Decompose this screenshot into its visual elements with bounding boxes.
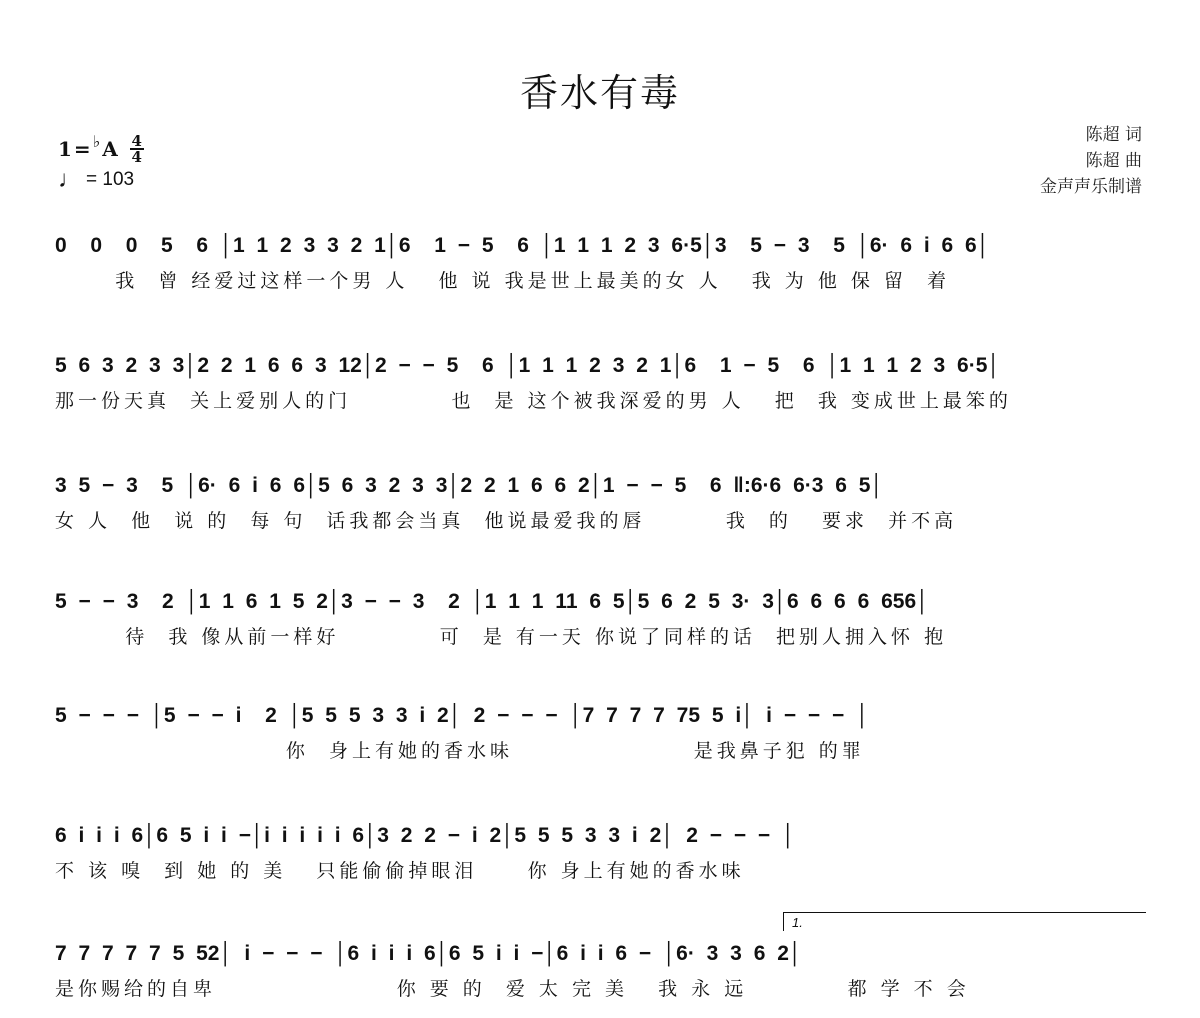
- time-top: 4: [132, 134, 142, 148]
- score-line-7: 7 7 7 7 7 5 52│ i − − − │6 i i i 6│6 5 i…: [55, 926, 1145, 1018]
- flat-icon: ♭: [93, 132, 101, 151]
- lyrics-line-2: 那一份天真 关上爱别人的门 也 是 这个被我深爱的男 人 把 我 变成世上最笨的: [55, 386, 1145, 413]
- notes-line-3: 3 5 − 3 5 │6· 6 i 6 6│5 6 3 2 3 3│2 2 1 …: [55, 474, 884, 498]
- score-line-4: 5 − − 3 2 │1 1 6 1 5 2│3 − − 3 2 │1 1 1 …: [55, 574, 1145, 674]
- lyricist: 陈超 词: [1040, 122, 1142, 148]
- score-line-3: 3 5 − 3 5 │6· 6 i 6 6│5 6 3 2 3 3│2 2 1 …: [55, 458, 1145, 558]
- credits: 陈超 词 陈超 曲 金声声乐制谱: [1040, 122, 1142, 200]
- key-signature: 1 = ♭ A 4 4: [58, 134, 144, 164]
- lyrics-line-3: 女 人 他 说 的 每 句 话我都会当真 他说最爱我的唇 我 的 要求 并不高: [55, 506, 1145, 533]
- notes-line-4: 5 − − 3 2 │1 1 6 1 5 2│3 − − 3 2 │1 1 1 …: [55, 590, 929, 614]
- notes-line-6: 6 i i i 6│6 5 i i −│i i i i i 6│3 2 2 − …: [55, 824, 795, 848]
- notes-line-2: 5 6 3 2 3 3│2 2 1 6 6 3 12│2 − − 5 6 │1 …: [55, 354, 1001, 378]
- tempo-value: = 103: [86, 169, 134, 191]
- key-do: 1: [58, 137, 72, 161]
- score-line-2: 5 6 3 2 3 3│2 2 1 6 6 3 12│2 − − 5 6 │1 …: [55, 338, 1145, 438]
- lyrics-line-4: 待 我 像从前一样好 可 是 有一天 你说了同样的话 把别人拥入怀 抱: [55, 622, 1145, 649]
- time-bottom: 4: [132, 150, 142, 164]
- key-equals: =: [74, 137, 91, 161]
- score-line-6: 6 i i i 6│6 5 i i −│i i i i i 6│3 2 2 − …: [55, 808, 1145, 908]
- score-line-5: 5 − − − │5 − − i 2 │5 5 5 3 3 i 2│ 2 − −…: [55, 688, 1145, 788]
- lyrics-line-6: 不 该 嗅 到 她 的 美 只能偷偷掉眼泪 你 身上有她的香水味: [55, 856, 1145, 883]
- notes-line-1: 0 0 0 5 6 │1 1 2 3 3 2 1│6 1 − 5 6 │1 1 …: [55, 234, 990, 258]
- lyrics-line-5: 你 身上有她的香水味 是我鼻子犯 的罪: [55, 736, 1145, 763]
- lyrics-line-1: 我 曾 经爱过这样一个男 人 他 说 我是世上最美的女 人 我 为 他 保 留 …: [55, 266, 1145, 293]
- quarter-note-icon: ♩: [58, 166, 82, 194]
- time-signature: 4 4: [130, 134, 144, 164]
- notes-line-7: 7 7 7 7 7 5 52│ i − − − │6 i i i 6│6 5 i…: [55, 942, 802, 966]
- lyrics-line-7: 是你赐给的自卑 你 要 的 爱 太 完 美 我 永 远 都 学 不 会: [55, 974, 1145, 1001]
- key-note: A: [102, 137, 118, 161]
- song-title: 香水有毒: [0, 62, 1200, 117]
- tempo-marking: ♩ = 103: [58, 166, 134, 194]
- score-maker: 金声声乐制谱: [1040, 174, 1142, 200]
- notes-line-5: 5 − − − │5 − − i 2 │5 5 5 3 3 i 2│ 2 − −…: [55, 704, 869, 728]
- composer: 陈超 曲: [1040, 148, 1142, 174]
- score-line-1: 0 0 0 5 6 │1 1 2 3 3 2 1│6 1 − 5 6 │1 1 …: [55, 218, 1145, 318]
